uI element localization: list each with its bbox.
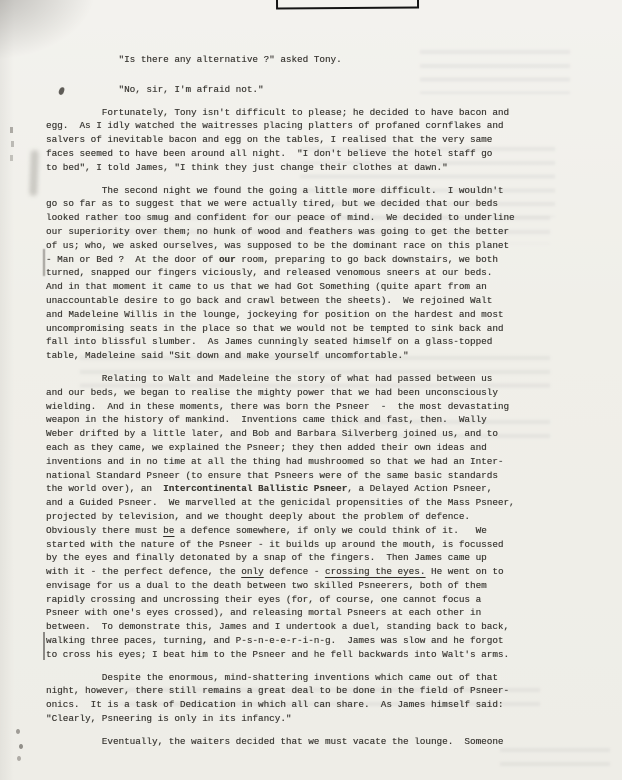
text-line: to cross his eyes; I beat him to the Psn…	[46, 648, 622, 662]
text-line: Weber drifted by a little later, and Bob…	[46, 427, 622, 441]
text-segment: the world over), an	[46, 483, 163, 494]
text-segment: weapon in the history of mankind. Invent…	[46, 414, 487, 425]
underlined-text: crossing the eyes.	[325, 566, 425, 577]
text-line: turned, snapped our fingers viciously, a…	[46, 266, 622, 280]
paragraph-7: Eventually, the waiters decided that we …	[46, 735, 622, 749]
text-segment: Psneer with one's eyes crossed), and rel…	[46, 607, 481, 618]
text-line: Fortunately, Tony isn't difficult to ple…	[46, 106, 622, 120]
text-line: projected by television, and we thought …	[46, 510, 622, 524]
text-segment: "Is there any alternative ?" asked Tony.	[46, 54, 342, 65]
text-segment: by the eyes and finally detonated by a s…	[46, 552, 487, 563]
text-segment: Fortunately, Tony isn't difficult to ple…	[46, 107, 509, 118]
text-segment: uncompromising seats in the place so tha…	[46, 323, 503, 334]
text-segment: , a Delayed Action Psneer,	[347, 483, 492, 494]
text-line: national Standard Psneer (to ensure that…	[46, 469, 622, 483]
text-line: and Madeleine Willis in the lounge, jock…	[46, 308, 622, 322]
text-line: Eventually, the waiters decided that we …	[46, 735, 622, 749]
text-segment: unaccountable desire to go back and craw…	[46, 295, 492, 306]
text-line: envisage for us a dual to the death betw…	[46, 579, 622, 593]
text-segment: Obviously there must	[46, 525, 163, 536]
text-segment: And in that moment it came to us that we…	[46, 281, 487, 292]
text-segment: looked rather too smug and confident for…	[46, 212, 515, 223]
text-line: wielding. And in these moments, there wa…	[46, 400, 622, 414]
text-line: The second night we found the going a li…	[46, 184, 622, 198]
paragraph-1: "Is there any alternative ?" asked Tony.	[46, 53, 622, 67]
text-segment: started with the nature of the Psneer - …	[46, 539, 503, 550]
text-segment: and a Guided Psneer. We marvelled at the…	[46, 497, 515, 508]
text-line: night, however, there still remains a gr…	[46, 684, 622, 698]
text-segment: turned, snapped our fingers viciously, a…	[46, 267, 492, 278]
text-line: Obviously there must be a defence somewh…	[46, 524, 622, 538]
text-segment: room, preparing to go back downstairs, w…	[236, 254, 498, 265]
typewriter-text: "Is there any alternative ?" asked Tony.…	[0, 0, 622, 780]
text-segment: rapidly crossing and uncrossing their ey…	[46, 594, 481, 605]
text-line: started with the nature of the Psneer - …	[46, 538, 622, 552]
text-line: "Clearly, Psneering is only in its infan…	[46, 712, 622, 726]
text-line: fall into blissful slumber. As James cun…	[46, 335, 622, 349]
text-line: with it - the perfect defence, the only …	[46, 565, 622, 579]
text-line: and a Guided Psneer. We marvelled at the…	[46, 496, 622, 510]
text-segment: - Man or Bed ? At the door of	[46, 254, 219, 265]
text-segment: with it - the perfect defence, the	[46, 566, 241, 577]
text-segment: table, Madeleine said "Sit down and make…	[46, 350, 409, 361]
text-segment: Relating to Walt and Madeleine the story…	[46, 373, 492, 384]
text-segment: and our beds, we began to realise the mi…	[46, 387, 498, 398]
scanned-typewritten-page: { "page": { "paper_color": "#f0efe9", "i…	[0, 0, 622, 780]
underlined-text: be	[163, 525, 174, 536]
text-segment: of us; who, we asked ourselves, was supp…	[46, 240, 509, 251]
paragraph-3: Fortunately, Tony isn't difficult to ple…	[46, 106, 622, 175]
text-line: go so far as to suggest that we were act…	[46, 197, 622, 211]
text-segment: projected by television, and we thought …	[46, 511, 470, 522]
text-segment: faces seemed to have been around all nig…	[46, 148, 492, 159]
text-segment: He went on to	[425, 566, 503, 577]
text-segment: Intercontinental Ballistic Psneer	[163, 483, 347, 494]
text-line: weapon in the history of mankind. Invent…	[46, 413, 622, 427]
text-line: Psneer with one's eyes crossed), and rel…	[46, 606, 622, 620]
text-line: faces seemed to have been around all nig…	[46, 147, 622, 161]
paragraph-6: Despite the enormous, mind-shattering in…	[46, 671, 622, 726]
text-segment: fall into blissful slumber. As James cun…	[46, 336, 492, 347]
paragraph-5: Relating to Walt and Madeleine the story…	[46, 372, 622, 662]
underlined-text: only	[241, 566, 263, 577]
text-line: our superiority over them; no hunk of wo…	[46, 225, 622, 239]
text-segment: between. To demonstrate this, James and …	[46, 621, 509, 632]
text-line: inventions and in no time at all the thi…	[46, 455, 622, 469]
text-segment: to bed", I told James, "I think they jus…	[46, 162, 448, 173]
paragraph-2: "No, sir, I'm afraid not."	[46, 83, 622, 97]
text-line: by the eyes and finally detonated by a s…	[46, 551, 622, 565]
text-line: Relating to Walt and Madeleine the story…	[46, 372, 622, 386]
text-line: uncompromising seats in the place so tha…	[46, 322, 622, 336]
text-segment: The second night we found the going a li…	[46, 185, 503, 196]
text-line: looked rather too smug and confident for…	[46, 211, 622, 225]
text-segment: to cross his eyes; I beat him to the Psn…	[46, 649, 509, 660]
text-segment: Eventually, the waiters decided that we …	[46, 736, 503, 747]
text-line: - Man or Bed ? At the door of our room, …	[46, 253, 622, 267]
text-segment: go so far as to suggest that we were act…	[46, 198, 498, 209]
text-segment: our superiority over them; no hunk of wo…	[46, 226, 509, 237]
text-segment: walking three paces, turning, and P-s-n-…	[46, 635, 503, 646]
text-segment: egg. As I idly watched the waitresses pl…	[46, 120, 503, 131]
text-segment: wielding. And in these moments, there wa…	[46, 401, 509, 412]
text-segment: and Madeleine Willis in the lounge, jock…	[46, 309, 503, 320]
text-line: of us; who, we asked ourselves, was supp…	[46, 239, 622, 253]
text-line: the world over), an Intercontinental Bal…	[46, 482, 622, 496]
text-segment: national Standard Psneer (to ensure that…	[46, 470, 498, 481]
text-line: between. To demonstrate this, James and …	[46, 620, 622, 634]
text-segment: Despite the enormous, mind-shattering in…	[46, 672, 498, 683]
text-line: "No, sir, I'm afraid not."	[46, 83, 622, 97]
text-line: salvers of inevitable bacon and egg on t…	[46, 133, 622, 147]
text-segment: envisage for us a dual to the death betw…	[46, 580, 487, 591]
text-line: Despite the enormous, mind-shattering in…	[46, 671, 622, 685]
text-line: and our beds, we began to realise the mi…	[46, 386, 622, 400]
text-line: egg. As I idly watched the waitresses pl…	[46, 119, 622, 133]
text-line: to bed", I told James, "I think they jus…	[46, 161, 622, 175]
text-segment: salvers of inevitable bacon and egg on t…	[46, 134, 492, 145]
text-line: "Is there any alternative ?" asked Tony.	[46, 53, 622, 67]
text-line: unaccountable desire to go back and craw…	[46, 294, 622, 308]
text-segment: "Clearly, Psneering is only in its infan…	[46, 713, 291, 724]
text-segment: "No, sir, I'm afraid not."	[46, 84, 264, 95]
text-segment: defence -	[264, 566, 325, 577]
text-segment: a defence somewhere, if only we could th…	[174, 525, 486, 536]
text-segment: our	[219, 254, 236, 265]
text-segment: Weber drifted by a little later, and Bob…	[46, 428, 498, 439]
text-segment: each as they came, we explained the Psne…	[46, 442, 487, 453]
paragraph-4: The second night we found the going a li…	[46, 184, 622, 363]
text-segment: onics. It is a task of Dedication in whi…	[46, 699, 503, 710]
text-line: onics. It is a task of Dedication in whi…	[46, 698, 622, 712]
text-line: each as they came, we explained the Psne…	[46, 441, 622, 455]
text-line: table, Madeleine said "Sit down and make…	[46, 349, 622, 363]
text-segment: night, however, there still remains a gr…	[46, 685, 509, 696]
text-line: And in that moment it came to us that we…	[46, 280, 622, 294]
text-line: walking three paces, turning, and P-s-n-…	[46, 634, 622, 648]
text-line: rapidly crossing and uncrossing their ey…	[46, 593, 622, 607]
text-segment: inventions and in no time at all the thi…	[46, 456, 503, 467]
